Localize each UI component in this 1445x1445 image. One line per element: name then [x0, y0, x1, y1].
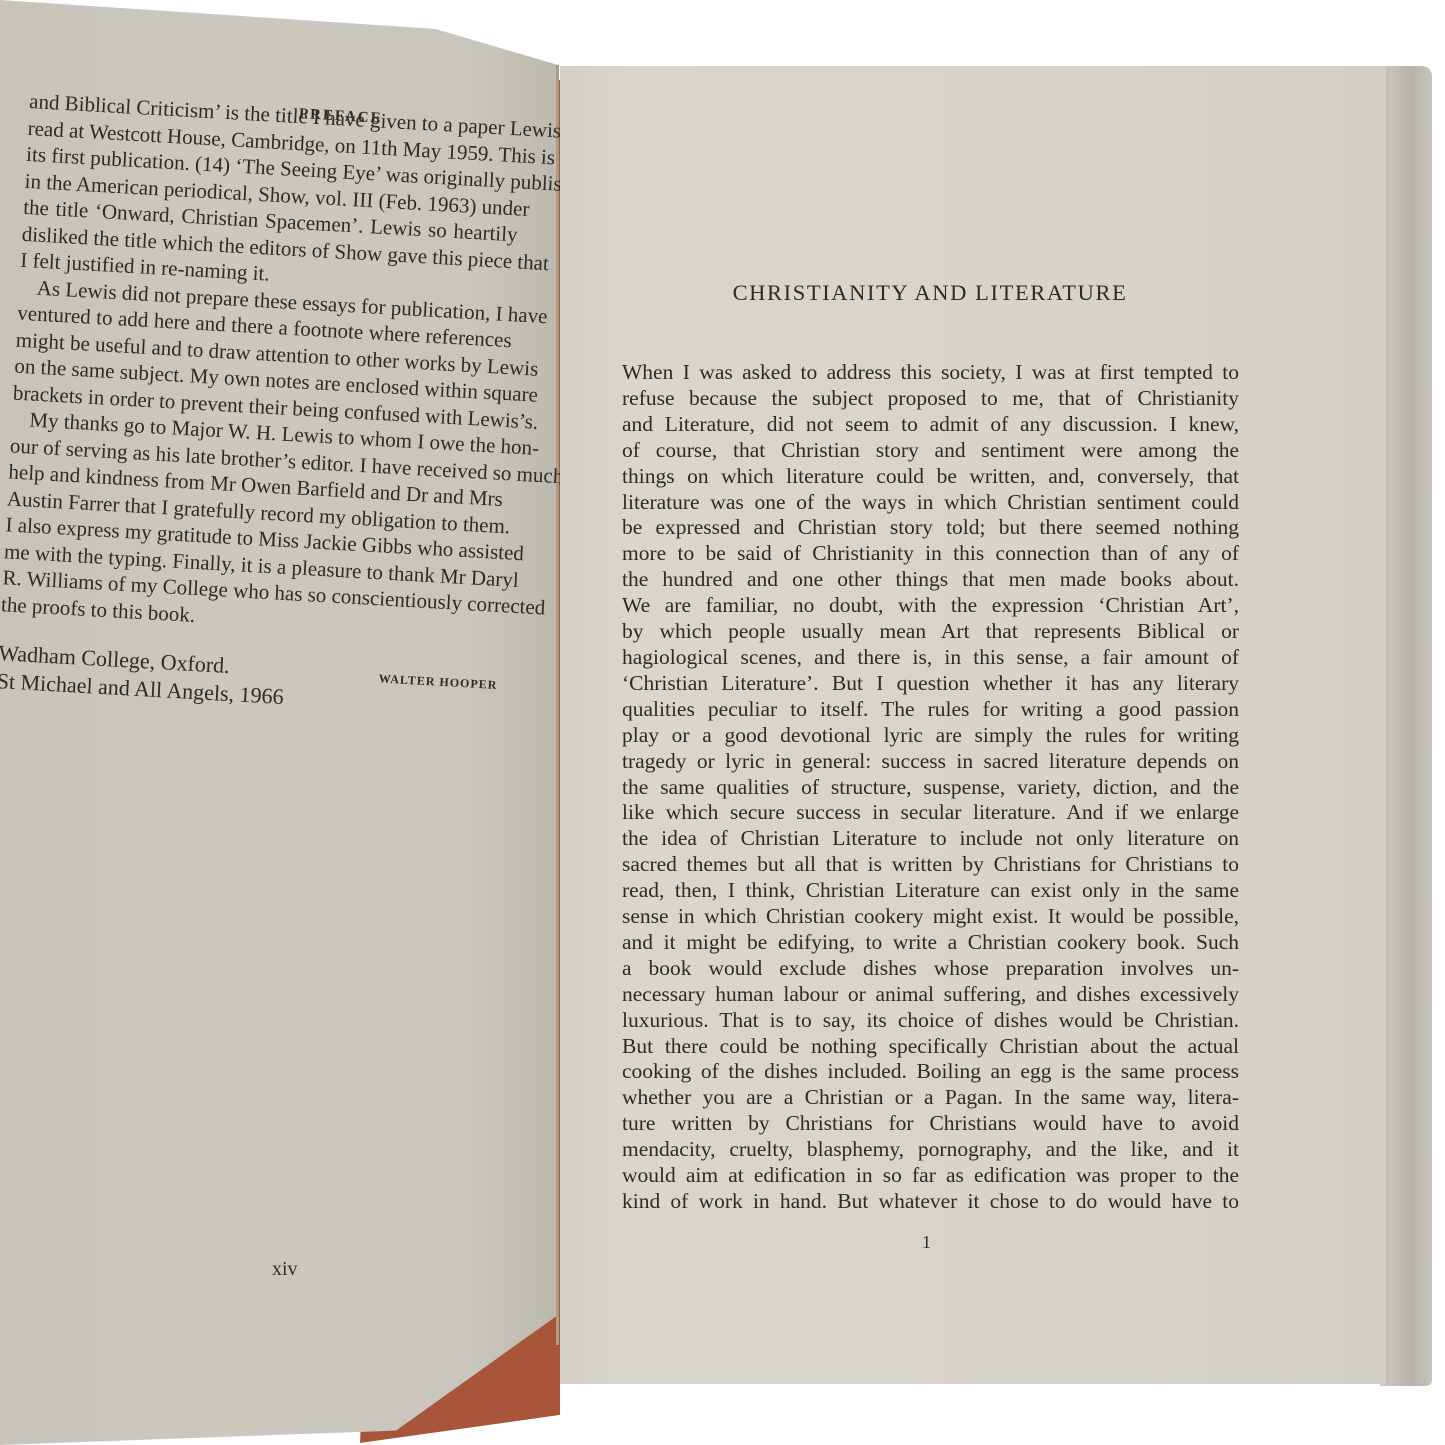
running-head: PREFACE	[298, 101, 383, 132]
text-line: mendacity, cruelty, blasphemy, pornograp…	[622, 1137, 1239, 1163]
text-line: whether you are a Christian or a Pagan. …	[622, 1085, 1239, 1111]
preface-text: PREFACE and Biblical Criticism’ is the t…	[0, 88, 529, 723]
text-line: of course, that Christian story and sent…	[622, 438, 1239, 464]
text-line: by which people usually mean Art that re…	[622, 619, 1239, 645]
text-line: would aim at edification in so far as ed…	[622, 1163, 1239, 1189]
text-line: the hundred and one other things that me…	[622, 567, 1239, 593]
text-line: the idea of Christian Literature to incl…	[622, 826, 1239, 852]
text-line: kind of work in hand. But whatever it ch…	[622, 1189, 1239, 1215]
text-line: and it might be edifying, to write a Chr…	[622, 930, 1239, 956]
text-line: necessary human labour or animal sufferi…	[622, 982, 1239, 1008]
page-number-right: 1	[922, 1232, 931, 1253]
text-line: the same qualities of structure, suspens…	[622, 775, 1239, 801]
text-line: play or a good devotional lyric are simp…	[622, 723, 1239, 749]
text-line: qualities peculiar to itself. The rules …	[622, 697, 1239, 723]
text-line: things on which literature could be writ…	[622, 464, 1239, 490]
text-line: more to be said of Christianity in this …	[622, 541, 1239, 567]
text-line: We are familiar, no doubt, with the expr…	[622, 593, 1239, 619]
text-line: like which secure success in secular lit…	[622, 800, 1239, 826]
text-line: sacred themes but all that is written by…	[622, 852, 1239, 878]
text-line: and Literature, did not seem to admit of…	[622, 412, 1239, 438]
page-number-left: xiv	[272, 1258, 298, 1281]
text-line: ‘Christian Literature’. But I question w…	[622, 671, 1239, 697]
text-line: read, then, I think, Christian Literatur…	[622, 878, 1239, 904]
text-line: refuse because the subject proposed to m…	[622, 386, 1239, 412]
text-line: a book would exclude dishes whose prepar…	[622, 956, 1239, 982]
chapter-body-text: When I was asked to address this society…	[622, 360, 1239, 1215]
text-line: luxurious. That is to say, its choice of…	[622, 1008, 1239, 1034]
text-line: be expressed and Christian story told; b…	[622, 515, 1239, 541]
text-line: When I was asked to address this society…	[622, 360, 1239, 386]
text-line: literature was one of the ways in which …	[622, 490, 1239, 516]
book-spine-gutter	[556, 65, 559, 1345]
text-line: But there could be nothing specifically …	[622, 1034, 1239, 1060]
open-book: PREFACE and Biblical Criticism’ is the t…	[0, 0, 1445, 1445]
chapter-title: CHRISTIANITY AND LITERATURE	[560, 280, 1300, 306]
text-line: sense in which Christian cookery might e…	[622, 904, 1239, 930]
text-line: cooking of the dishes included. Boiling …	[622, 1059, 1239, 1085]
text-line: hagiological scenes, and there is, in th…	[622, 645, 1239, 671]
text-line: tragedy or lyric in general: success in …	[622, 749, 1239, 775]
text-line: ture written by Christians for Christian…	[622, 1111, 1239, 1137]
